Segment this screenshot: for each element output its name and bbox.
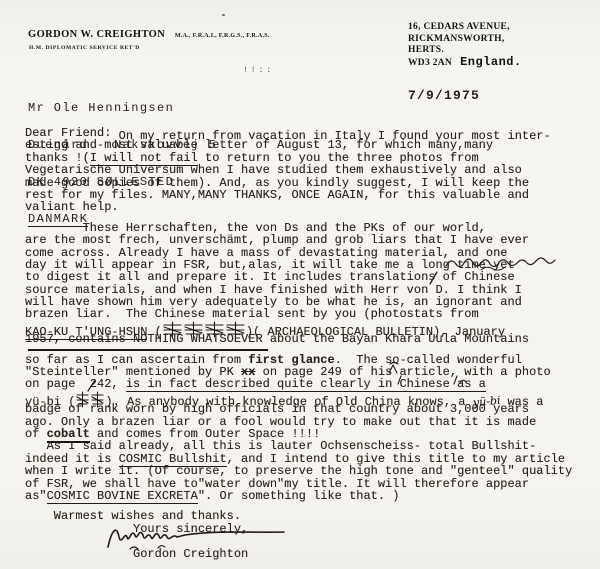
letterhead-credentials: M.A., F.R.A.I., F.R.G.S., F.R.A.S. xyxy=(175,33,270,39)
address-line: 16, CEDARS AVENUE, xyxy=(408,22,522,34)
stray-type-marks: !!:: xyxy=(243,66,274,75)
letterhead-address: 16, CEDARS AVENUE, RICKMANSWORTH, HERTS.… xyxy=(408,22,522,69)
body-line: valiant help. xyxy=(25,201,585,213)
address-line: WD3 2ANEngland. xyxy=(408,57,522,70)
body-line: Yours sincerely, xyxy=(25,523,585,535)
typed-text: Gordon Creighton xyxy=(25,547,248,561)
separator-underline xyxy=(28,349,268,351)
letterhead-subtitle: H.M. DIPLOMATIC SERVICE RET'D xyxy=(29,45,270,51)
scanned-letter-page: GORDON W. CREIGHTON M.A., F.R.A.I., F.R.… xyxy=(0,0,600,569)
typed-date: 7/9/1975 xyxy=(408,88,480,103)
body-line: as"COSMIC BOVINE EXCRETA". Or something … xyxy=(25,490,585,502)
typed-text: COSMIC BOVINE EXCRETA xyxy=(47,489,198,504)
body-line: 1957, contains NOTHING WHATSOEVER about … xyxy=(25,333,585,345)
typed-text: brazen liar. The Chinese material sent b… xyxy=(25,307,479,321)
typed-text: On my return from vacation in Italy I fo… xyxy=(119,129,551,143)
body-line: on page 242, is in fact described quite … xyxy=(25,378,585,390)
typed-country: England. xyxy=(460,55,522,69)
typed-text: on page 242, xyxy=(25,377,126,391)
letter-body: Dear Friend: On my return from vacation … xyxy=(25,127,585,561)
typed-text: 1957, contains NOTHING WHATSOEVER about … xyxy=(25,332,529,346)
typed-text: ". Or something like that. ) xyxy=(198,489,400,503)
handwritten-word: yü-bi xyxy=(472,395,501,410)
typed-text: as" xyxy=(25,489,47,503)
letterhead-name: GORDON W. CREIGHTON xyxy=(28,29,165,40)
typed-text: Yours sincerely, xyxy=(25,522,248,536)
body-line: Gordon Creighton xyxy=(25,548,585,560)
letterhead-left: GORDON W. CREIGHTON M.A., F.R.A.I., F.R.… xyxy=(28,24,270,51)
body-line: brazen liar. The Chinese material sent b… xyxy=(25,308,585,320)
typed-text: valiant help. xyxy=(25,200,119,214)
scan-speck xyxy=(222,14,225,16)
address-line: RICKMANSWORTH, xyxy=(408,34,522,46)
recipient-name: Mr Ole Henningsen xyxy=(28,102,217,114)
